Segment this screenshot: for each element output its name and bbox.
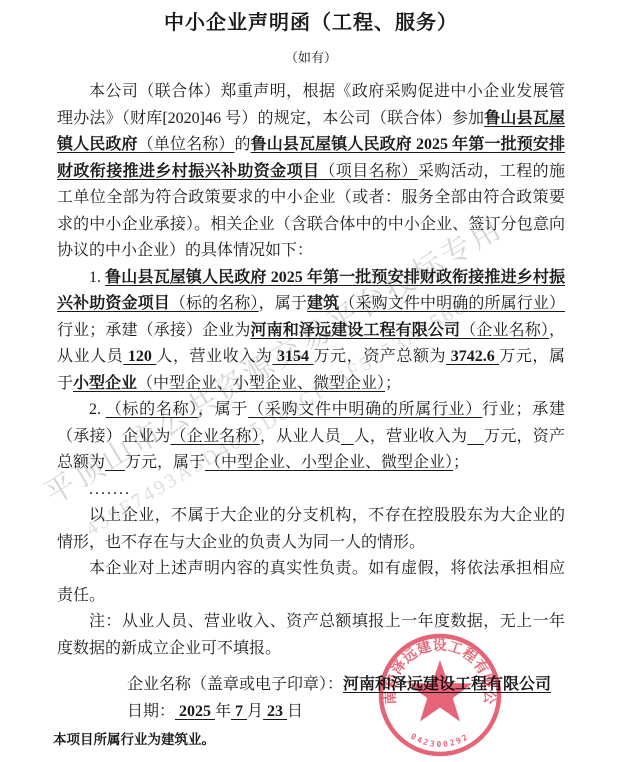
no-large-enterprise-paragraph: 以上企业，不属于大企业的分支机构，不存在控股股东为大企业的情形，也不存在与大企业…: [57, 503, 565, 556]
document-subtitle: （如有）: [57, 47, 565, 66]
text-segment: 建筑: [307, 295, 339, 312]
text-segment: 2025: [175, 703, 215, 720]
text-segment: 23: [263, 703, 287, 720]
text-segment: 河南和泽远建设工程有限公司: [251, 322, 461, 339]
text-segment: 1.: [89, 269, 105, 286]
text-segment: 3742.6: [446, 348, 499, 365]
note-paragraph: 注：从业人员、营业收入、资产总额填报上一年度数据，无上一年度数据的新成立企业可不…: [57, 609, 565, 662]
text-segment: 行业；承建（承接）企业为: [57, 322, 251, 339]
document-content: 中小企业声明函（工程、服务） （如有） 本公司（联合体）郑重声明，根据《政府采购…: [0, 0, 617, 750]
document-page: 平顶山市公共资源交易平台投标专用 438F7493A3D4635D88CF66F…: [0, 0, 617, 762]
text-segment: 的: [234, 136, 250, 153]
enterprise-item-1: 1. 鲁山县瓦屋镇人民政府 2025 年第一批预安排财政衔接推进乡村振兴补助资金…: [57, 265, 565, 398]
text-segment: （中型企业、小型企业、微型企业）: [205, 454, 453, 471]
text-segment: （标的名称）: [106, 401, 198, 418]
text-segment: [467, 428, 484, 445]
text-segment: 小型企业: [73, 375, 137, 392]
authenticity-paragraph: 本企业对上述声明内容的真实性负责。如有虚假，将依法承担相应责任。: [57, 556, 565, 609]
text-segment: ；: [385, 375, 401, 392]
text-segment: ，属于: [259, 295, 307, 312]
text-segment: （企业名称）: [460, 322, 549, 339]
signature-block: 企业名称（盖章或电子印章）：河南和泽远建设工程有限公司 日期： 2025 年 7…: [127, 671, 565, 725]
industry-footnote: 本项目所属行业为建筑业。: [53, 730, 565, 750]
text-segment: 万元，属于: [125, 454, 205, 471]
text-segment: 人，营业收入为: [354, 428, 468, 445]
text-segment: 2.: [89, 401, 106, 418]
text-segment: 河南和泽远建设工程有限公司: [343, 676, 551, 693]
text-segment: 企业名称（盖章或电子印章）：: [127, 676, 343, 693]
text-segment: 年: [215, 703, 231, 720]
text-segment: 万元，资产总额为: [314, 348, 447, 365]
company-name-line: 企业名称（盖章或电子印章）：河南和泽远建设工程有限公司: [127, 671, 565, 698]
text-segment: （项目名称）: [319, 163, 417, 180]
date-line: 日期： 2025 年 7 月 23 日: [127, 698, 565, 725]
text-segment: ，属于: [198, 401, 248, 418]
text-segment: （中型企业、小型企业、微型企业）: [137, 375, 385, 392]
text-segment: （标的名称）: [170, 295, 259, 312]
text-segment: （采购文件中明确的所属行业）: [339, 295, 565, 312]
text-segment: 日期：: [127, 703, 175, 720]
text-segment: （企业名称）: [171, 428, 260, 445]
document-title: 中小企业声明函（工程、服务）: [57, 6, 565, 35]
text-segment: （单位名称）: [138, 136, 235, 153]
text-segment: 月: [247, 703, 263, 720]
enterprise-item-2: 2. （标的名称），属于（采购文件中明确的所属行业）行业；承建（承接）企业为（企…: [57, 397, 565, 477]
text-segment: 日: [287, 703, 303, 720]
text-segment: （采购文件中明确的所属行业）: [248, 401, 482, 418]
text-segment: 7: [231, 703, 247, 720]
text-segment: 人，营业收入为: [156, 348, 272, 365]
text-segment: 3154: [272, 348, 313, 365]
text-segment: 120: [123, 348, 156, 365]
text-segment: ，从业人员: [260, 428, 341, 445]
text-segment: ；: [453, 454, 469, 471]
ellipsis-line: .......: [57, 477, 565, 504]
text-segment: [105, 454, 125, 471]
text-segment: [341, 428, 354, 445]
intro-paragraph: 本公司（联合体）郑重声明，根据《政府采购促进中小企业发展管理办法》（财库[202…: [57, 79, 565, 265]
